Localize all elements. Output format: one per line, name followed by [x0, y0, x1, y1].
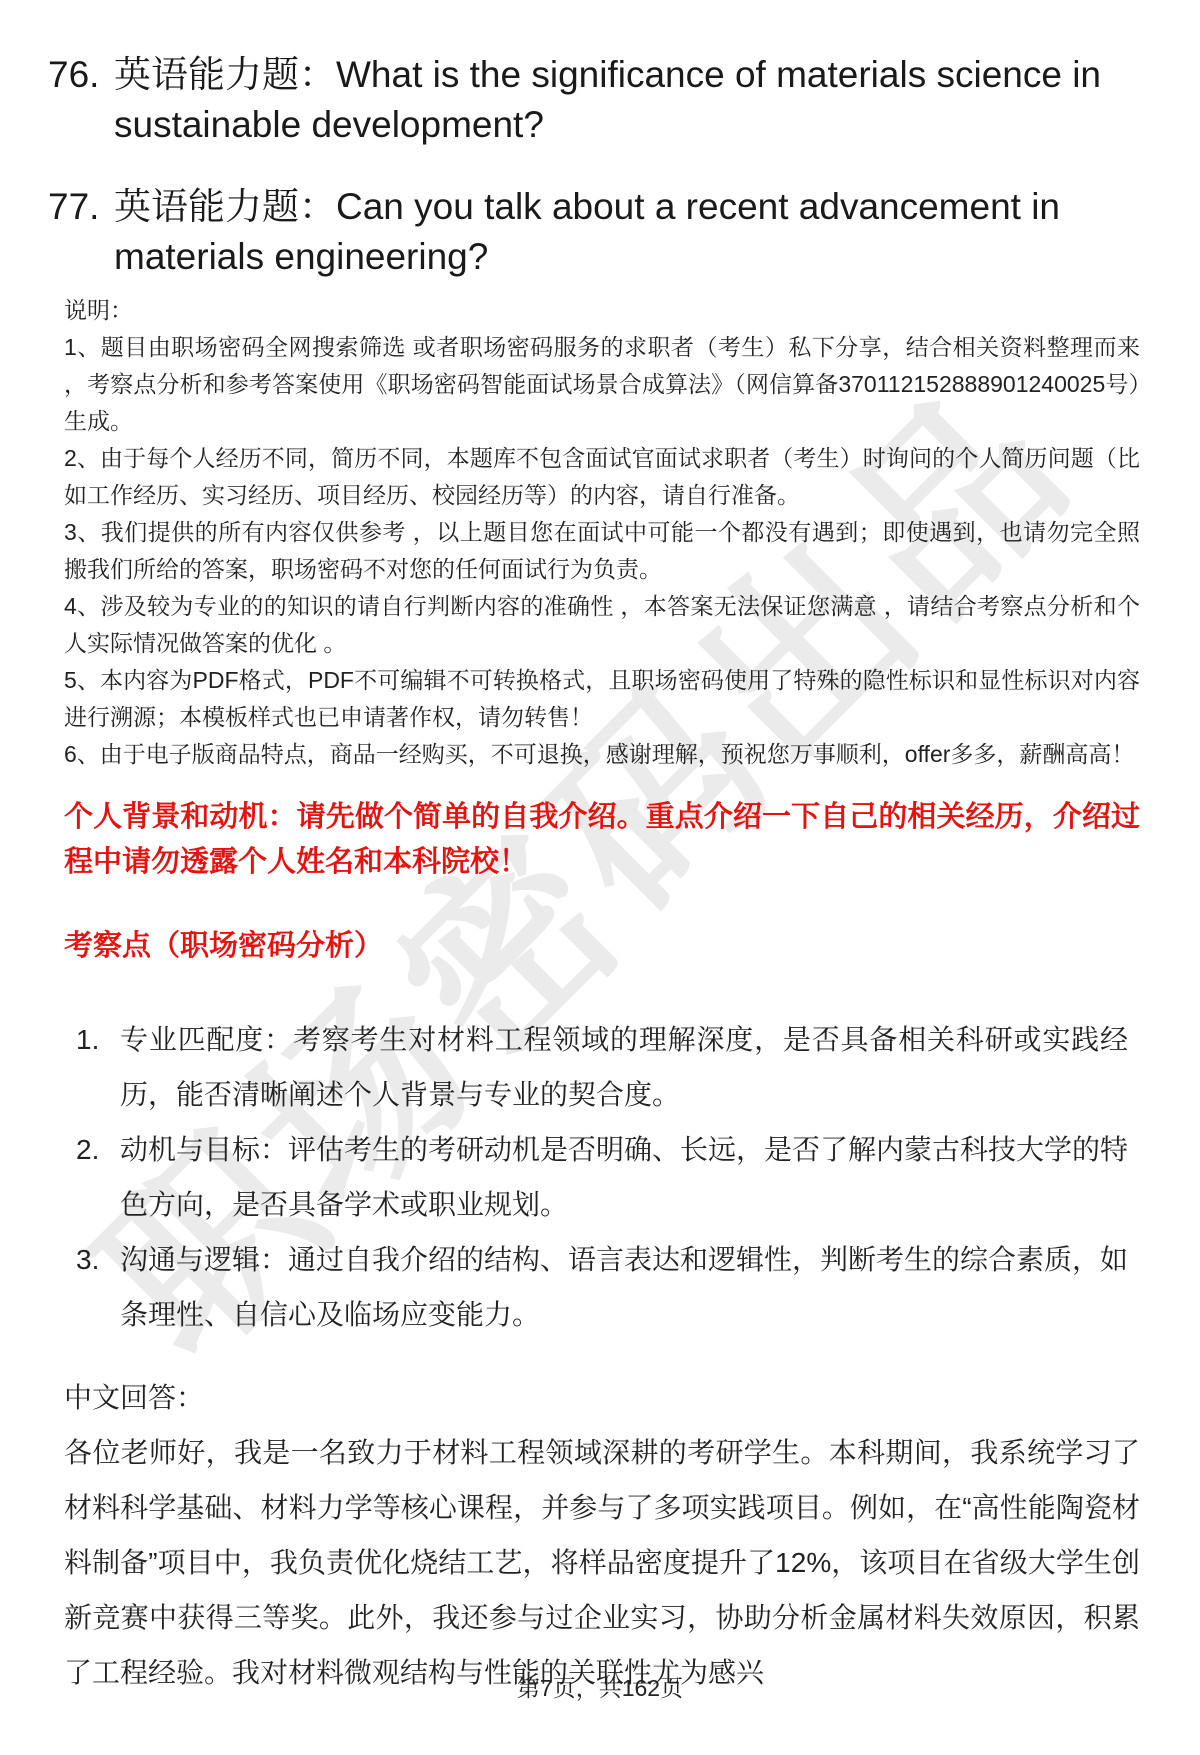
question-list: 76. 英语能力题：What is the significance of ma… — [0, 0, 1200, 282]
note-item: 2、由于每个人经历不同，简历不同，本题库不包含面试官面试求职者（考生）时询问的个… — [64, 440, 1140, 514]
question-item-76: 76. 英语能力题：What is the significance of ma… — [48, 50, 1130, 150]
analysis-point: 3. 沟通与逻辑：通过自我介绍的结构、语言表达和逻辑性，判断考生的综合素质，如条… — [76, 1232, 1128, 1342]
pdf-page: { "watermark": "职场密码出品", "questions": [ … — [0, 0, 1200, 1755]
answer-section: 中文回答： 各位老师好，我是一名致力于材料工程领域深耕的考研学生。本科期间，我系… — [64, 1370, 1140, 1700]
analysis-point-list: 1. 专业匹配度：考察考生对材料工程领域的理解深度，是否具备相关科研或实践经历，… — [0, 1012, 1200, 1342]
point-text: 专业匹配度：考察考生对材料工程领域的理解深度，是否具备相关科研或实践经历，能否清… — [120, 1012, 1128, 1122]
question-item-77: 77. 英语能力题：Can you talk about a recent ad… — [48, 182, 1130, 282]
question-number: 76. — [48, 50, 114, 150]
question-text: 英语能力题：What is the significance of materi… — [114, 50, 1130, 150]
page-content: 76. 英语能力题：What is the significance of ma… — [0, 0, 1200, 1700]
analysis-heading: 考察点（职场密码分析） — [64, 923, 1140, 964]
point-number: 1. — [76, 1012, 120, 1122]
note-item: 3、我们提供的所有内容仅供参考 ，以上题目您在面试中可能一个都没有遇到；即使遇到… — [64, 514, 1140, 588]
note-item: 5、本内容为PDF格式，PDF不可编辑不可转换格式，且职场密码使用了特殊的隐性标… — [64, 662, 1140, 736]
page-footer: 第7页，共162页 — [0, 1670, 1200, 1703]
point-text: 动机与目标：评估考生的考研动机是否明确、长远，是否了解内蒙古科技大学的特色方向，… — [120, 1122, 1128, 1232]
notes-section: 说明： 1、题目由职场密码全网搜索筛选 或者职场密码服务的求职者（考生）私下分享… — [64, 292, 1140, 773]
note-item: 4、涉及较为专业的的知识的请自行判断内容的准确性 ，本答案无法保证您满意 ，请结… — [64, 588, 1140, 662]
analysis-point: 2. 动机与目标：评估考生的考研动机是否明确、长远，是否了解内蒙古科技大学的特色… — [76, 1122, 1128, 1232]
point-text: 沟通与逻辑：通过自我介绍的结构、语言表达和逻辑性，判断考生的综合素质，如条理性、… — [120, 1232, 1128, 1342]
note-item: 1、题目由职场密码全网搜索筛选 或者职场密码服务的求职者（考生）私下分享，结合相… — [64, 329, 1140, 440]
point-number: 2. — [76, 1122, 120, 1232]
notes-title: 说明： — [64, 292, 1140, 329]
note-item: 6、由于电子版商品特点，商品一经购买，不可退换，感谢理解，预祝您万事顺利，off… — [64, 736, 1140, 773]
point-number: 3. — [76, 1232, 120, 1342]
analysis-point: 1. 专业匹配度：考察考生对材料工程领域的理解深度，是否具备相关科研或实践经历，… — [76, 1012, 1128, 1122]
answer-text: 各位老师好，我是一名致力于材料工程领域深耕的考研学生。本科期间，我系统学习了材料… — [64, 1425, 1140, 1700]
interview-prompt: 个人背景和动机：请先做个简单的自我介绍。重点介绍一下自己的相关经历，介绍过程中请… — [64, 795, 1140, 885]
answer-label: 中文回答： — [64, 1370, 1140, 1425]
question-text: 英语能力题：Can you talk about a recent advanc… — [114, 182, 1130, 282]
question-number: 77. — [48, 182, 114, 282]
